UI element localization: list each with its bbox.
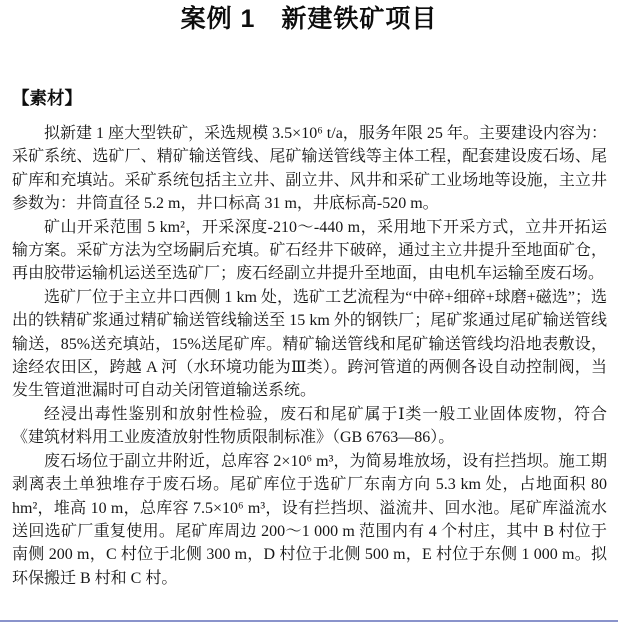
- bottom-border-line: [0, 620, 618, 622]
- document-page: 案例 1 新建铁矿项目 【素材】 拟新建 1 座大型铁矿，采选规模 3.5×10…: [0, 0, 618, 624]
- body-text: 拟新建 1 座大型铁矿，采选规模 3.5×10⁶ t/a，服务年限 25 年。主…: [12, 122, 607, 590]
- paragraph-mining-method: 矿山开采范围 5 km²，开采深度-210～-440 m，采用地下开采方式，立井…: [12, 216, 607, 286]
- paragraph-project-overview: 拟新建 1 座大型铁矿，采选规模 3.5×10⁶ t/a，服务年限 25 年。主…: [12, 122, 607, 216]
- paragraph-waste-dump-tailings: 废石场位于副立井附近，总库容 2×10⁶ m³，为简易堆放场，设有拦挡坝。施工期…: [12, 450, 607, 590]
- paragraph-concentrator-pipelines: 选矿厂位于主立井口西侧 1 km 处，选矿工艺流程为“中碎+细碎+球磨+磁选”；…: [12, 286, 607, 403]
- paragraph-solid-waste-class: 经浸出毒性鉴别和放射性检验，废石和尾矿属于Ⅰ类一般工业固体废物，符合《建筑材料用…: [12, 403, 607, 450]
- case-title: 案例 1 新建铁矿项目: [0, 3, 618, 35]
- material-section-heading: 【素材】: [12, 86, 82, 110]
